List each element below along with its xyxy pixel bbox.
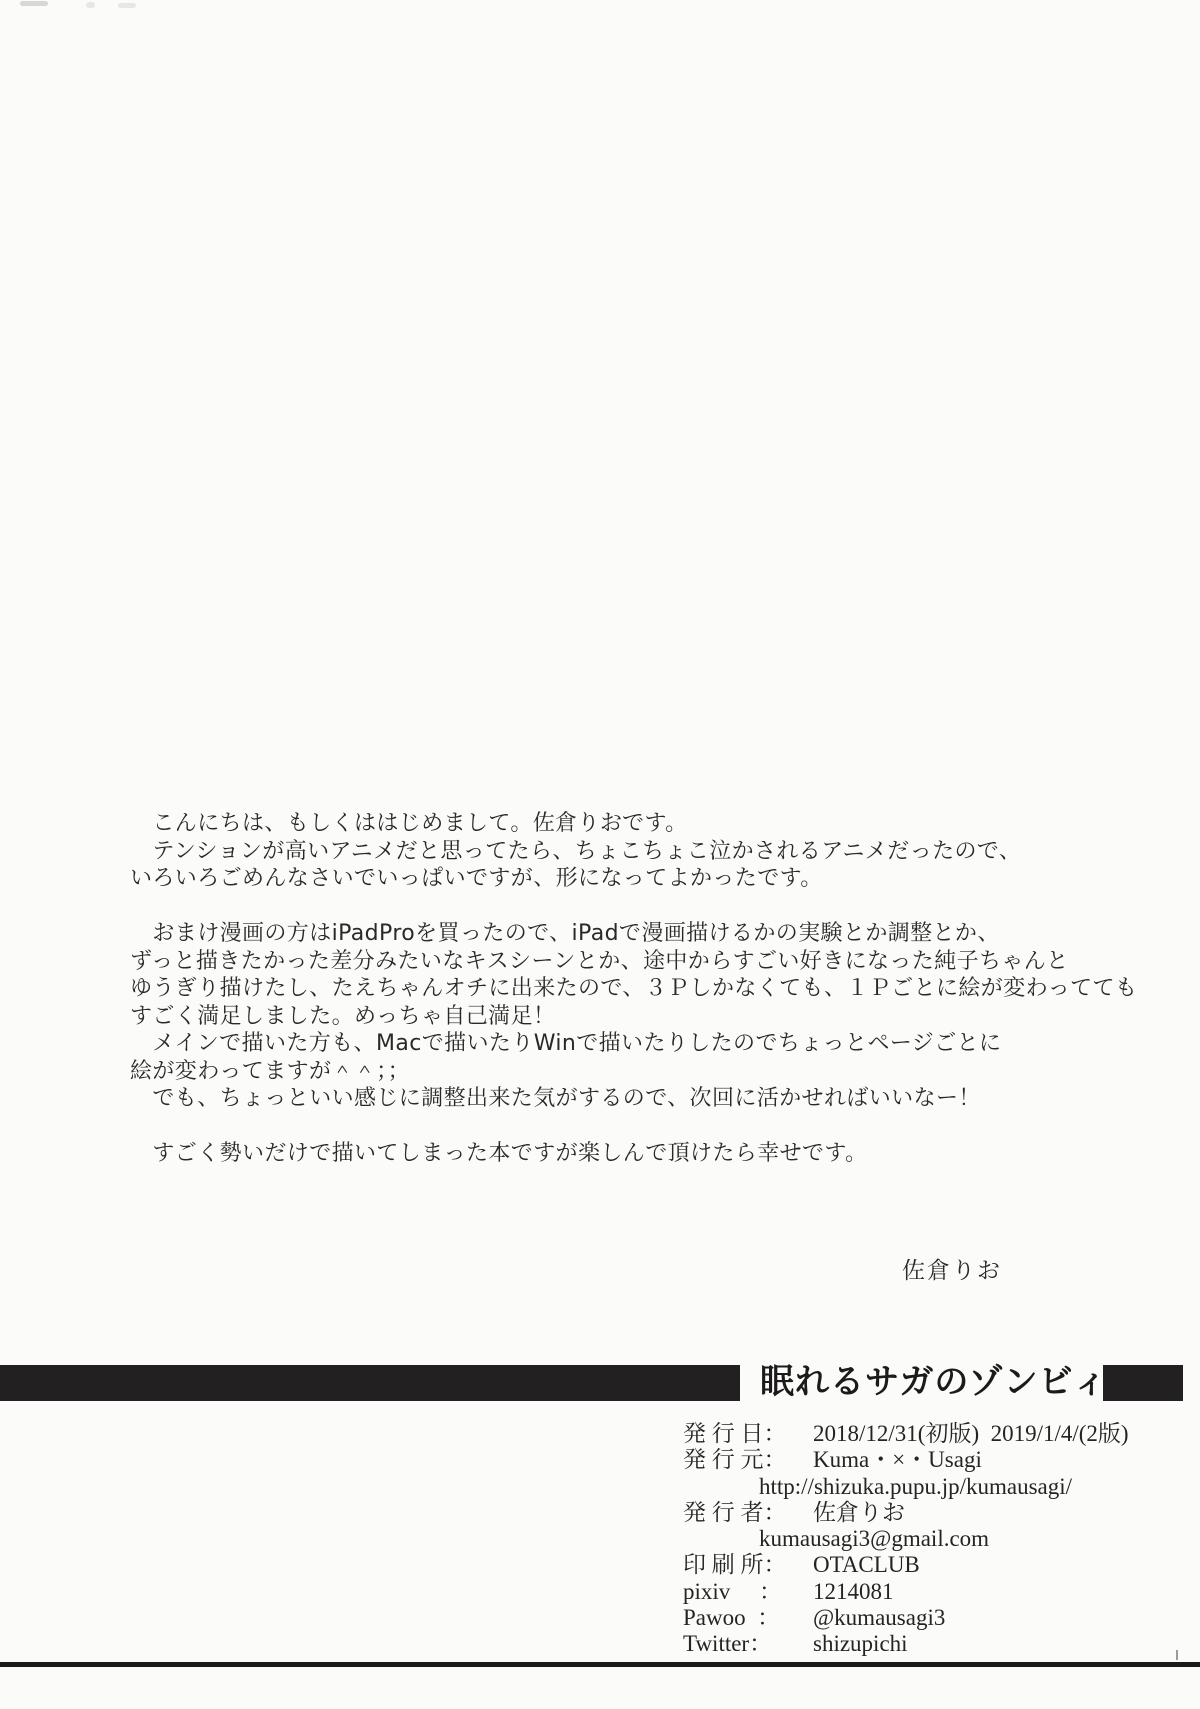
afterword-line: おまけ漫画の方はiPadProを買ったので、iPadで漫画描けるかの実験とか調整… xyxy=(130,920,1170,948)
colophon-label: Pawoo ： xyxy=(683,1605,813,1631)
colophon-row-email: kumausagi3@gmail.com xyxy=(683,1526,1129,1552)
colophon-value: 2018/12/31(初版) 2019/1/4/(2版) xyxy=(813,1421,1129,1447)
colophon-label: 発 行 元： xyxy=(683,1447,813,1473)
colophon-value: OTACLUB xyxy=(813,1552,920,1578)
colophon-label xyxy=(683,1526,759,1552)
afterword-line: 絵が変わってますが＾＾；； xyxy=(130,1058,1170,1086)
colophon-row-author: 発 行 者：佐倉りお xyxy=(683,1500,1129,1526)
colophon-label xyxy=(683,1474,759,1500)
title-bar-right-segment xyxy=(1103,1365,1183,1401)
afterword-line: でも、ちょっといい感じに調整出来た気がするので、次回に活かせればいいなー！ xyxy=(130,1085,1170,1113)
colophon-row-printer: 印 刷 所：OTACLUB xyxy=(683,1552,1129,1578)
afterword-line: メインで描いた方も、Macで描いたりWinで描いたりしたのでちょっとページごとに xyxy=(130,1030,1170,1058)
colophon-row-publication-date: 発 行 日：2018/12/31(初版) 2019/1/4/(2版) xyxy=(683,1421,1129,1447)
colophon-label: 発 行 者： xyxy=(683,1500,813,1526)
bottom-divider-rule xyxy=(0,1662,1200,1667)
afterword-line: こんにちは、もしくははじめまして。佐倉りおです。 xyxy=(130,810,1170,838)
title-bar-left-segment xyxy=(0,1365,740,1401)
afterword-blank-line xyxy=(130,893,1170,921)
colophon-row-pixiv: pixiv ：1214081 xyxy=(683,1579,1129,1605)
scan-speck xyxy=(1176,1650,1178,1660)
author-signature: 佐倉りお xyxy=(130,1252,1002,1285)
colophon-value: 1214081 xyxy=(813,1579,894,1605)
colophon-label: 印 刷 所： xyxy=(683,1552,813,1578)
scanned-afterword-page: こんにちは、もしくははじめまして。佐倉りおです。 テンションが高いアニメだと思っ… xyxy=(0,0,1200,1709)
scan-speck xyxy=(118,3,136,8)
afterword-line: すごく勢いだけで描いてしまった本ですが楽しんで頂けたら幸せです。 xyxy=(130,1140,1170,1168)
afterword-line: ゆうぎり描けたし、たえちゃんオチに出来たので、３Ｐしかなくても、１Ｐごとに絵が変… xyxy=(130,975,1170,1003)
colophon: 発 行 日：2018/12/31(初版) 2019/1/4/(2版) 発 行 元… xyxy=(683,1421,1129,1658)
colophon-label: pixiv ： xyxy=(683,1579,813,1605)
colophon-value: @kumausagi3 xyxy=(813,1605,945,1631)
colophon-row-twitter: Twitter：shizupichi xyxy=(683,1631,1129,1657)
afterword-line: ずっと描きたかった差分みたいなキスシーンとか、途中からすごい好きになった純子ちゃ… xyxy=(130,948,1170,976)
book-title: 眠れるサガのゾンビィ xyxy=(760,1360,1108,1404)
afterword-text: こんにちは、もしくははじめまして。佐倉りおです。 テンションが高いアニメだと思っ… xyxy=(130,810,1170,1168)
colophon-label: 発 行 日： xyxy=(683,1421,813,1447)
colophon-row-pawoo: Pawoo ：@kumausagi3 xyxy=(683,1605,1129,1631)
colophon-row-website-url: http://shizuka.pupu.jp/kumausagi/ xyxy=(683,1474,1129,1500)
afterword-line: テンションが高いアニメだと思ってたら、ちょこちょこ泣かされるアニメだったので、 xyxy=(130,838,1170,866)
scan-speck xyxy=(20,1,48,6)
afterword-line: いろいろごめんなさいでいっぱいですが、形になってよかったです。 xyxy=(130,865,1170,893)
colophon-value: Kuma・×・Usagi xyxy=(813,1447,982,1473)
colophon-value: 佐倉りお xyxy=(813,1500,905,1526)
colophon-row-publisher: 発 行 元：Kuma・×・Usagi xyxy=(683,1447,1129,1473)
scan-speck xyxy=(86,2,95,8)
colophon-label: Twitter： xyxy=(683,1631,813,1657)
colophon-value: shizupichi xyxy=(813,1631,908,1657)
afterword-blank-line xyxy=(130,1113,1170,1141)
colophon-value: kumausagi3@gmail.com xyxy=(759,1526,989,1552)
afterword-line: すごく満足しました。めっちゃ自己満足！ xyxy=(130,1003,1170,1031)
colophon-value: http://shizuka.pupu.jp/kumausagi/ xyxy=(759,1474,1072,1500)
